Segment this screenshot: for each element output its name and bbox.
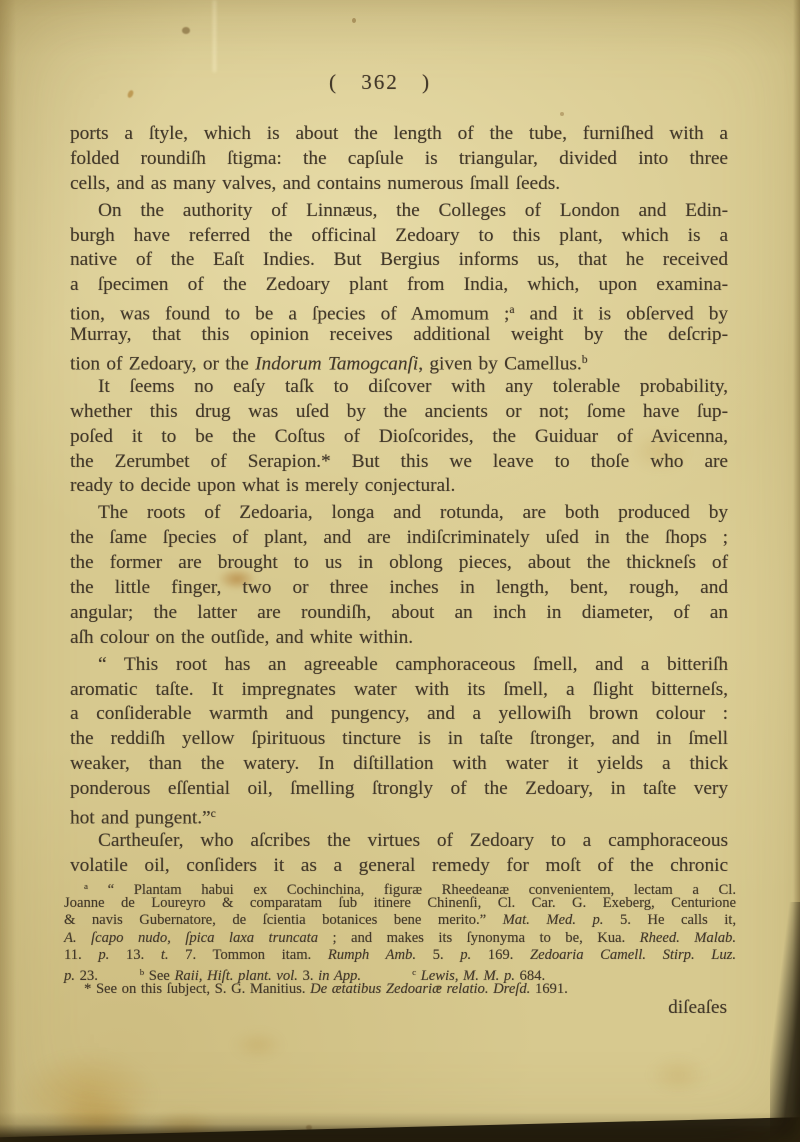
- text-line: On the authority of Linnæus, the College…: [70, 199, 728, 224]
- text-segment: , given by Camellus.: [418, 353, 582, 374]
- text-line: volatile oil, conſiders it as a general …: [70, 854, 728, 879]
- text-line: tion, was found to be a ſpecies of Amomu…: [70, 298, 728, 323]
- text-segment: “ This root has an agreeable camphoraceo…: [98, 654, 728, 675]
- text-segment: Cartheuſer, who aſcribes the virtues of …: [98, 830, 728, 851]
- text-line: a “ Plantam habui ex Cochinchina, figuræ…: [64, 878, 736, 895]
- body-text: ports a ſtyle, which is about the length…: [70, 122, 728, 879]
- text-segment: Rumph Amb.: [328, 947, 416, 963]
- ink-speck: [182, 27, 190, 34]
- text-segment: poſed it to be the Coſtus of Dioſcorides…: [70, 426, 728, 447]
- text-line: the reddiſh yellow ſpirituous tincture i…: [70, 727, 728, 752]
- text-segment: ponderous eſſential oil, ſmelling ſtrong…: [70, 778, 728, 799]
- text-segment: ; and makes its ſynonyma to be, Kua.: [318, 930, 640, 946]
- text-line: weaker, than the watery. In diſtillation…: [70, 752, 728, 777]
- text-segment: & navis Gubernatore, de ſcientia botanic…: [64, 912, 503, 928]
- text-line: ready to decide upon what is merely conj…: [70, 474, 728, 499]
- text-segment: ports a ſtyle, which is about the length…: [70, 123, 728, 144]
- text-segment: It ſeems no eaſy taſk to diſcover with a…: [98, 376, 728, 397]
- text-line: a ſpecimen of the Zedoary plant from Ind…: [70, 273, 728, 298]
- text-segment: aromatic taſte. It impregnates water wit…: [70, 679, 728, 700]
- text-line: Joanne de Loureyro & comparatam ſub itin…: [64, 895, 736, 912]
- text-segment: t.: [161, 947, 169, 963]
- text-line: ponderous eſſential oil, ſmelling ſtrong…: [70, 777, 728, 802]
- text-line: the Zerumbet of Serapion.* But this we l…: [70, 450, 728, 475]
- text-segment: angular; the latter are roundiſh, about …: [70, 602, 728, 623]
- text-line: the little finger, two or three inches i…: [70, 576, 728, 601]
- text-segment: On the authority of Linnæus, the College…: [98, 200, 728, 221]
- text-segment: the little finger, two or three inches i…: [70, 577, 728, 598]
- text-line: A. ſcapo nudo, ſpica laxa truncata ; and…: [64, 930, 736, 947]
- text-segment: De ætatibus Zedoariæ relatio. Dreſd.: [310, 981, 530, 997]
- text-segment: the ſame ſpecies of plant, and are indiſ…: [70, 527, 728, 548]
- footnote-marker: c: [211, 807, 216, 820]
- text-line: 11. p. 13. t. 7. Tommon itam. Rumph Amb.…: [64, 947, 736, 964]
- text-segment: 5.: [416, 947, 460, 963]
- text-segment: * See on this ſubject, S. G. Manitius.: [84, 981, 310, 997]
- text-segment: 5. He calls it,: [603, 912, 736, 928]
- text-segment: 7. Tommon itam.: [169, 947, 328, 963]
- text-line: the ſame ſpecies of plant, and are indiſ…: [70, 526, 728, 551]
- text-segment: 11.: [64, 947, 98, 963]
- text-segment: a ſpecimen of the Zedoary plant from Ind…: [70, 274, 728, 295]
- text-segment: tion of Zedoary, or the: [70, 353, 255, 374]
- text-line: p. 23. b See Raii, Hiſt. plant. vol. 3. …: [64, 964, 736, 981]
- text-segment: volatile oil, conſiders it as a general …: [70, 855, 728, 876]
- text-segment: p.: [460, 947, 471, 963]
- text-segment: cells, and as many valves, and contains …: [70, 173, 560, 194]
- text-line: Cartheuſer, who aſcribes the virtues of …: [70, 829, 728, 854]
- text-line: the former are brought to us in oblong p…: [70, 551, 728, 576]
- text-segment: Rheed. Malab.: [640, 930, 736, 946]
- text-segment: native of the Eaſt Indies. But Bergius i…: [70, 249, 728, 270]
- text-line: cells, and as many valves, and contains …: [70, 172, 728, 197]
- text-line: ports a ſtyle, which is about the length…: [70, 122, 728, 147]
- text-line: native of the Eaſt Indies. But Bergius i…: [70, 248, 728, 273]
- text-segment: the reddiſh yellow ſpirituous tincture i…: [70, 728, 728, 749]
- text-line: & navis Gubernatore, de ſcientia botanic…: [64, 912, 736, 929]
- text-segment: Indorum Tamogcanſi: [255, 353, 418, 374]
- text-segment: The roots of Zedoaria, longa and rotunda…: [98, 502, 728, 523]
- text-line: aromatic taſte. It impregnates water wit…: [70, 678, 728, 703]
- footnote-marker: b: [582, 353, 588, 366]
- text-segment: the former are brought to us in oblong p…: [70, 552, 728, 573]
- text-segment: hot and pungent.”: [70, 807, 211, 828]
- page-number: ( 362 ): [0, 70, 760, 95]
- text-line: burgh have referred the officinal Zedoar…: [70, 224, 728, 249]
- text-line: hot and pungent.”c: [70, 802, 728, 827]
- text-segment: a conſiderable warmth and pungency, and …: [70, 703, 728, 724]
- text-segment: burgh have referred the officinal Zedoar…: [70, 225, 728, 246]
- text-segment: Murray, that this opinion receives addit…: [70, 324, 728, 345]
- foxing-stain: [648, 1055, 708, 1095]
- text-segment: Joanne de Loureyro & comparatam ſub itin…: [64, 895, 736, 911]
- text-line: angular; the latter are roundiſh, about …: [70, 601, 728, 626]
- text-line: “ This root has an agreeable camphoraceo…: [70, 653, 728, 678]
- text-segment: weaker, than the watery. In diſtillation…: [70, 753, 728, 774]
- book-page-scan: { "colors": { "paper": "#d7c98f", "ink":…: [0, 0, 800, 1142]
- text-segment: whether this drug was uſed by the ancien…: [70, 401, 728, 422]
- text-line: * See on this ſubject, S. G. Manitius. D…: [64, 981, 736, 998]
- text-line: The roots of Zedoaria, longa and rotunda…: [70, 501, 728, 526]
- text-line: whether this drug was uſed by the ancien…: [70, 400, 728, 425]
- ink-speck: [352, 18, 356, 23]
- text-line: tion of Zedoary, or the Indorum Tamogcan…: [70, 348, 728, 373]
- page-gutter-shadow: [0, 0, 16, 1142]
- text-line: poſed it to be the Coſtus of Dioſcorides…: [70, 425, 728, 450]
- ink-speck: [560, 112, 564, 116]
- text-segment: 1691.: [530, 981, 567, 997]
- text-segment: and it is obſerved by: [514, 304, 728, 325]
- foxing-stain: [232, 1030, 284, 1060]
- text-segment: folded roundiſh ſtigma: the capſule is t…: [70, 148, 728, 169]
- text-line: It ſeems no eaſy taſk to diſcover with a…: [70, 375, 728, 400]
- footnotes: a “ Plantam habui ex Cochinchina, figuræ…: [64, 878, 736, 998]
- paper-crease: [213, 0, 216, 72]
- catchword: diſeaſes: [0, 997, 727, 1019]
- text-segment: ready to decide upon what is merely conj…: [70, 475, 455, 496]
- text-segment: p.: [64, 968, 75, 984]
- text-segment: Mat. Med. p.: [503, 912, 604, 928]
- scan-corner-shadow: [770, 902, 800, 1142]
- text-line: Murray, that this opinion receives addit…: [70, 323, 728, 348]
- text-segment: p.: [98, 947, 109, 963]
- text-segment: 13.: [109, 947, 161, 963]
- text-line: aſh colour on the outſide, and white wit…: [70, 626, 728, 651]
- text-segment: Zedoaria Camell. Stirp. Luz.: [530, 947, 736, 963]
- text-segment: 169.: [471, 947, 530, 963]
- text-segment: tion, was found to be a ſpecies of Amomu…: [70, 304, 509, 325]
- text-segment: aſh colour on the outſide, and white wit…: [70, 627, 413, 648]
- text-segment: the Zerumbet of Serapion.* But this we l…: [70, 451, 728, 472]
- text-segment: A. ſcapo nudo, ſpica laxa truncata: [64, 930, 318, 946]
- text-line: folded roundiſh ſtigma: the capſule is t…: [70, 147, 728, 172]
- text-line: a conſiderable warmth and pungency, and …: [70, 702, 728, 727]
